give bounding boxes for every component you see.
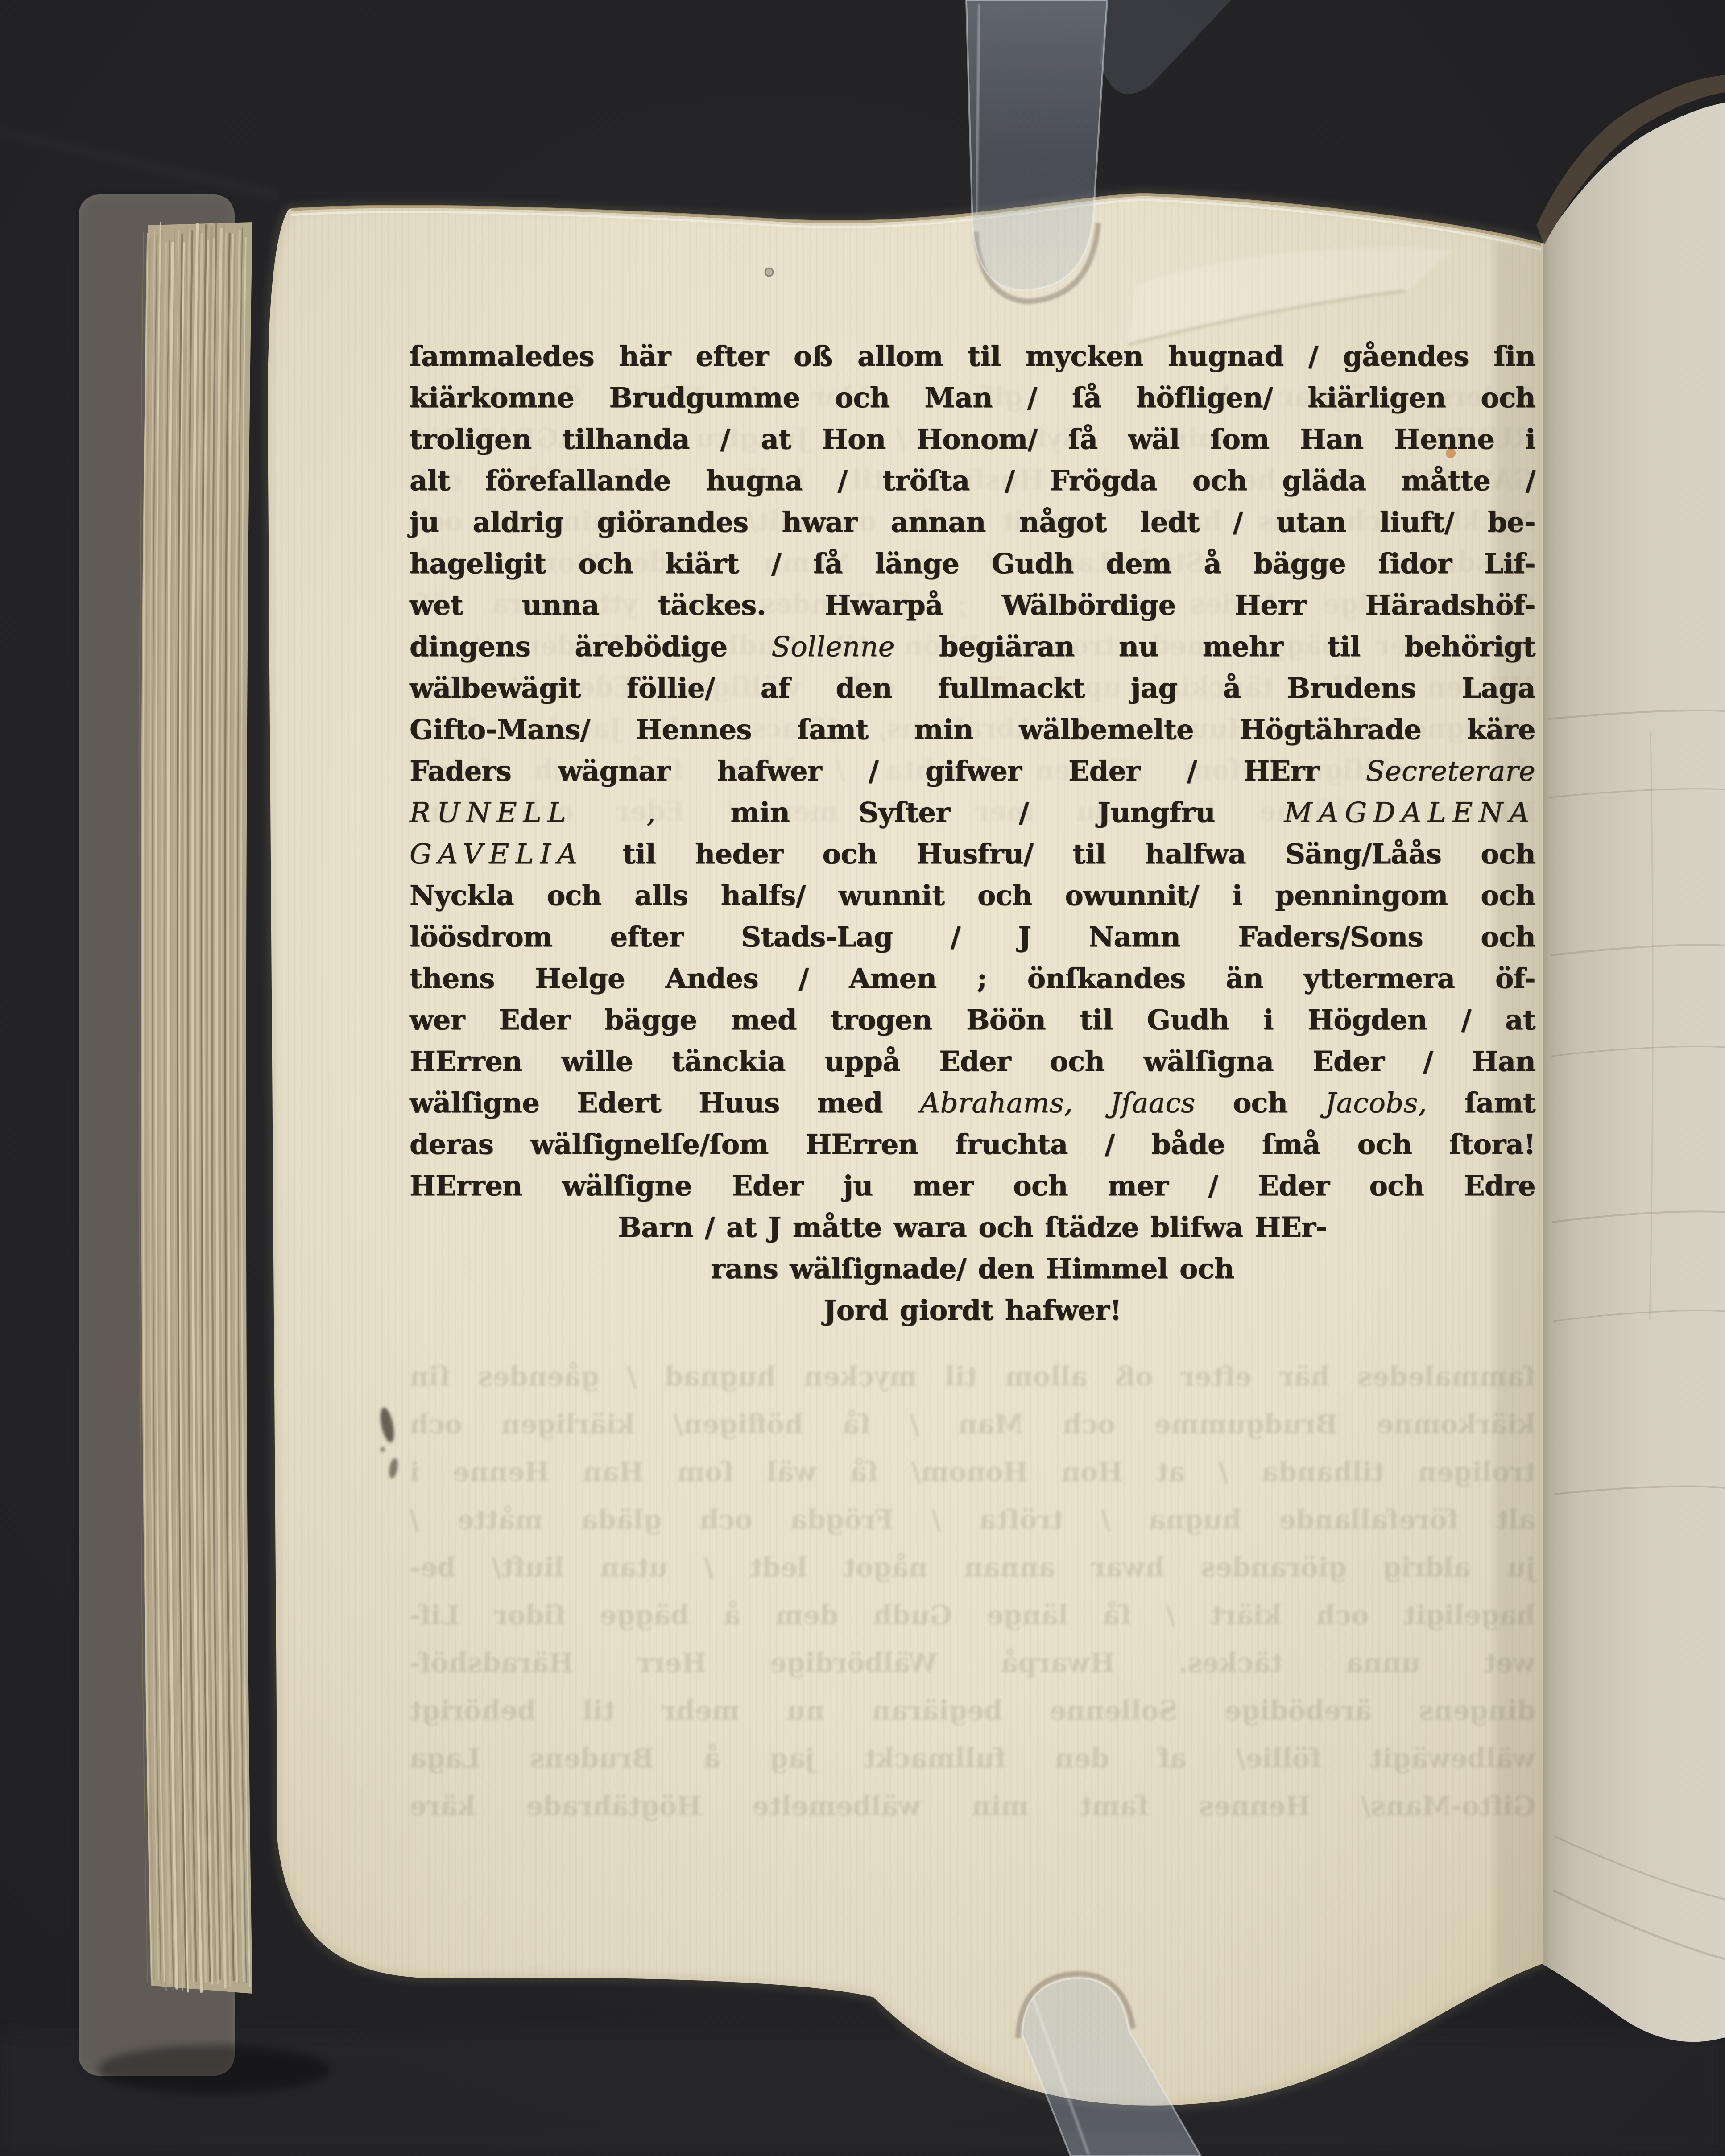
bottom-holding-strip[interactable] [1022, 1978, 1201, 2156]
strips-overlay [0, 0, 1725, 2156]
top-strip-secondary-wedge [1100, 0, 1231, 94]
top-holding-strip[interactable] [966, 0, 1107, 290]
photo-stage: Faders wägnar hafwer / gifwer Eder / HEr… [0, 0, 1725, 2156]
